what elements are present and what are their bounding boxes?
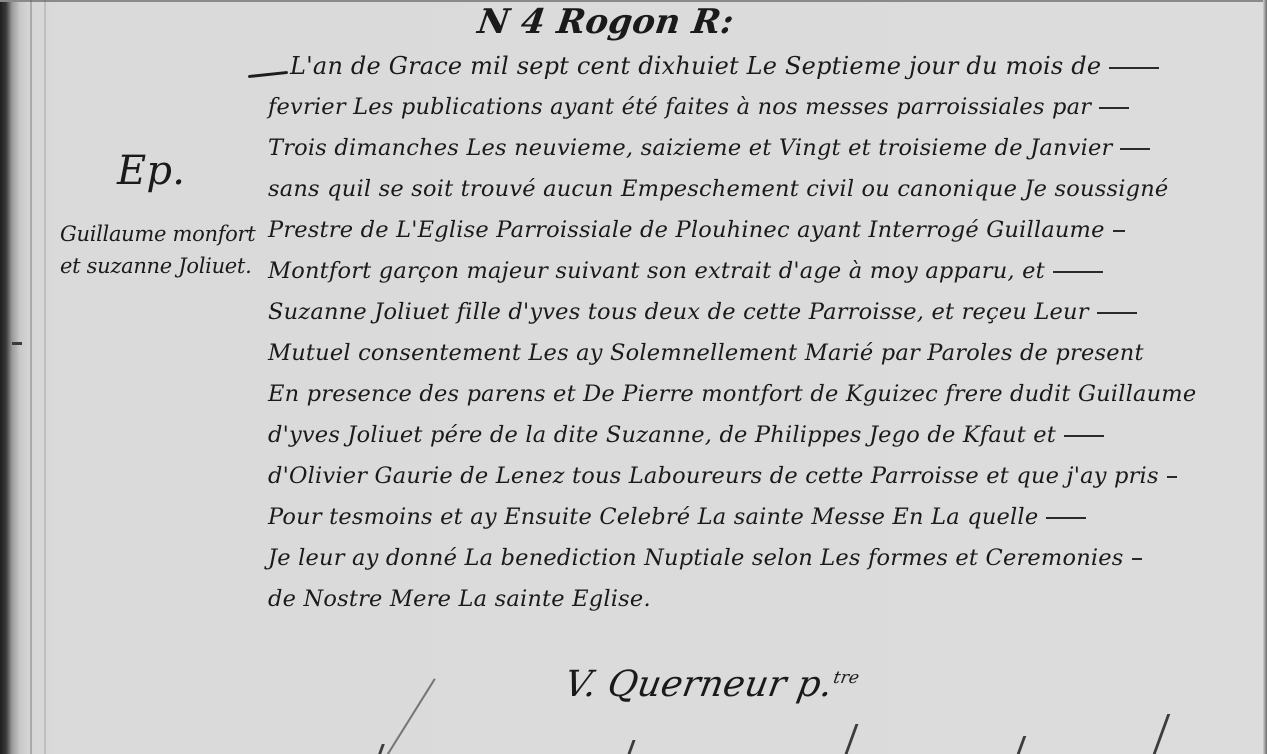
body-line: Je leur ay donné La benediction Nuptiale…: [268, 538, 1248, 579]
body-line: sans quil se soit trouvé aucun Empeschem…: [268, 169, 1248, 210]
body-line-text: Mutuel consentement Les ay Solemnellemen…: [268, 340, 1144, 366]
body-line-text: d'Olivier Gaurie de Lenez tous Laboureur…: [268, 463, 1159, 489]
body-line: Mutuel consentement Les ay Solemnellemen…: [268, 333, 1248, 374]
body-line-text: Trois dimanches Les neuvieme, saizieme e…: [268, 135, 1112, 161]
body-line-text: de Nostre Mere La sainte Eglise.: [268, 586, 651, 612]
body-line: Suzanne Joliuet fille d'yves tous deux d…: [268, 292, 1248, 333]
body-line: d'yves Joliuet pére de la dite Suzanne, …: [268, 415, 1248, 456]
body-line: Montfort garçon majeur suivant son extra…: [268, 251, 1248, 292]
body-line: de Nostre Mere La sainte Eglise.: [268, 579, 1248, 620]
line-filler-stroke: [1046, 517, 1086, 519]
signature-name: V. Querneur p.: [561, 664, 836, 705]
scanned-register-page: N 4 Rogon R: Ep. Guillaume monfort et su…: [0, 0, 1267, 754]
entry-body: L'an de Grace mil sept cent dixhuiet Le …: [268, 46, 1248, 620]
body-line: fevrier Les publications ayant été faite…: [268, 87, 1248, 128]
body-line-text: fevrier Les publications ayant été faite…: [268, 94, 1091, 120]
next-entry-partial-ink: [380, 712, 1200, 754]
body-line: Prestre de L'Eglise Parroissiale de Plou…: [268, 210, 1248, 251]
body-line: Pour tesmoins et ay Ensuite Celebré La s…: [268, 497, 1248, 538]
entry-header: N 4 Rogon R:: [475, 2, 736, 42]
body-line: d'Olivier Gaurie de Lenez tous Laboureur…: [268, 456, 1248, 497]
body-line-text: Je leur ay donné La benediction Nuptiale…: [268, 545, 1124, 571]
body-line-text: d'yves Joliuet pére de la dite Suzanne, …: [268, 422, 1056, 448]
scan-right-border: [1263, 0, 1267, 754]
margin-bride-name: et suzanne Joliuet.: [60, 250, 255, 282]
margin-abbreviation: Ep.: [117, 148, 185, 194]
body-line: Trois dimanches Les neuvieme, saizieme e…: [268, 128, 1248, 169]
line-filler-stroke: [1109, 67, 1159, 69]
paper-fold-line: [30, 0, 32, 754]
line-filler-stroke: [1099, 107, 1129, 109]
priest-signature: V. Querneur p.tre: [561, 664, 861, 705]
signature-superscript: tre: [832, 668, 861, 688]
body-line-text: Pour tesmoins et ay Ensuite Celebré La s…: [268, 504, 1038, 530]
margin-names: Guillaume monfort et suzanne Joliuet.: [60, 218, 255, 282]
body-line-text: Montfort garçon majeur suivant son extra…: [268, 258, 1045, 284]
body-line-text: Suzanne Joliuet fille d'yves tous deux d…: [268, 299, 1089, 325]
line-filler-stroke: [1167, 476, 1177, 478]
body-line-text: sans quil se soit trouvé aucun Empeschem…: [268, 176, 1168, 202]
paper-fold-line: [44, 0, 46, 754]
body-line-text: Prestre de L'Eglise Parroissiale de Plou…: [268, 217, 1105, 243]
line-filler-stroke: [1053, 271, 1103, 273]
line-filler-stroke: [1097, 312, 1137, 314]
body-line-text: L'an de Grace mil sept cent dixhuiet Le …: [290, 52, 1101, 80]
body-line: En presence des parens et De Pierre mont…: [268, 374, 1248, 415]
body-line-text: En presence des parens et De Pierre mont…: [268, 381, 1196, 407]
line-filler-stroke: [1120, 148, 1150, 150]
body-line: L'an de Grace mil sept cent dixhuiet Le …: [268, 46, 1248, 87]
margin-groom-name: Guillaume monfort: [60, 218, 255, 250]
line-filler-stroke: [1113, 230, 1125, 232]
ink-mark: [12, 342, 22, 345]
line-filler-stroke: [1132, 558, 1142, 560]
line-filler-stroke: [1064, 435, 1104, 437]
